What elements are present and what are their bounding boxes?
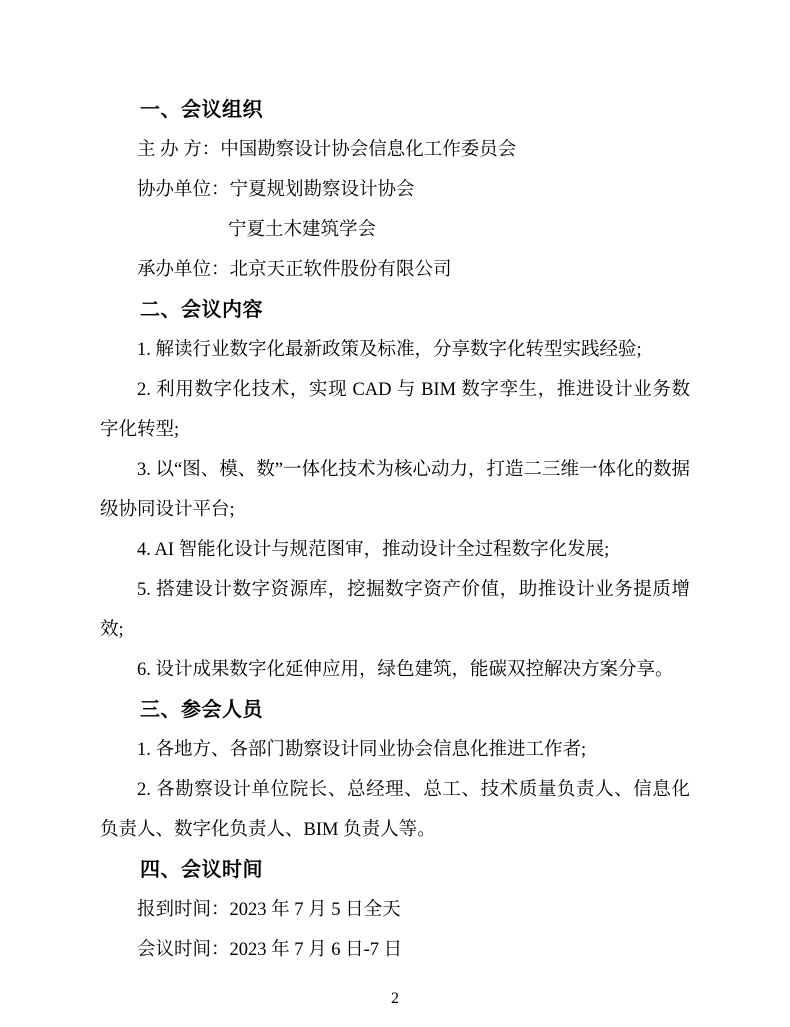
organizer-host-line: 主 办 方：中国勘察设计协会信息化工作委员会 [100, 130, 690, 170]
section-heading-agenda: 二、会议内容 [100, 290, 690, 330]
agenda-item-5: 5. 搭建设计数字资源库，挖掘数字资产价值，助推设计业务提质增效; [100, 570, 690, 650]
agenda-item-4: 4. AI 智能化设计与规范图审，推动设计全过程数字化发展; [100, 530, 690, 570]
section-heading-schedule: 四、会议时间 [100, 850, 690, 890]
agenda-item-3: 3. 以“图、模、数”一体化技术为核心动力，打造二三维一体化的数据级协同设计平台… [100, 450, 690, 530]
agenda-item-1: 1. 解读行业数字化最新政策及标准，分享数字化转型实践经验; [100, 330, 690, 370]
organizer-co-host-line-2: 宁夏土木建筑学会 [100, 210, 690, 250]
document-body: 一、会议组织 主 办 方：中国勘察设计协会信息化工作委员会 协办单位：宁夏规划勘… [100, 90, 690, 970]
organizer-co-host-line: 协办单位：宁夏规划勘察设计协会 [100, 170, 690, 210]
check-in-time-line: 报到时间：2023 年 7 月 5 日全天 [100, 890, 690, 930]
section-heading-organization: 一、会议组织 [100, 90, 690, 130]
participants-item-2: 2. 各勘察设计单位院长、总经理、总工、技术质量负责人、信息化负责人、数字化负责… [100, 770, 690, 850]
agenda-item-6: 6. 设计成果数字化延伸应用，绿色建筑，能碳双控解决方案分享。 [100, 650, 690, 690]
participants-item-1: 1. 各地方、各部门勘察设计同业协会信息化推进工作者; [100, 730, 690, 770]
section-heading-participants: 三、参会人员 [100, 690, 690, 730]
agenda-item-2: 2. 利用数字化技术，实现 CAD 与 BIM 数字孪生，推进设计业务数字化转型… [100, 370, 690, 450]
organizer-undertaker-line: 承办单位：北京天正软件股份有限公司 [100, 250, 690, 290]
meeting-time-line: 会议时间：2023 年 7 月 6 日-7 日 [100, 930, 690, 970]
document-page: 一、会议组织 主 办 方：中国勘察设计协会信息化工作委员会 协办单位：宁夏规划勘… [0, 0, 790, 1027]
page-number: 2 [0, 990, 790, 1008]
